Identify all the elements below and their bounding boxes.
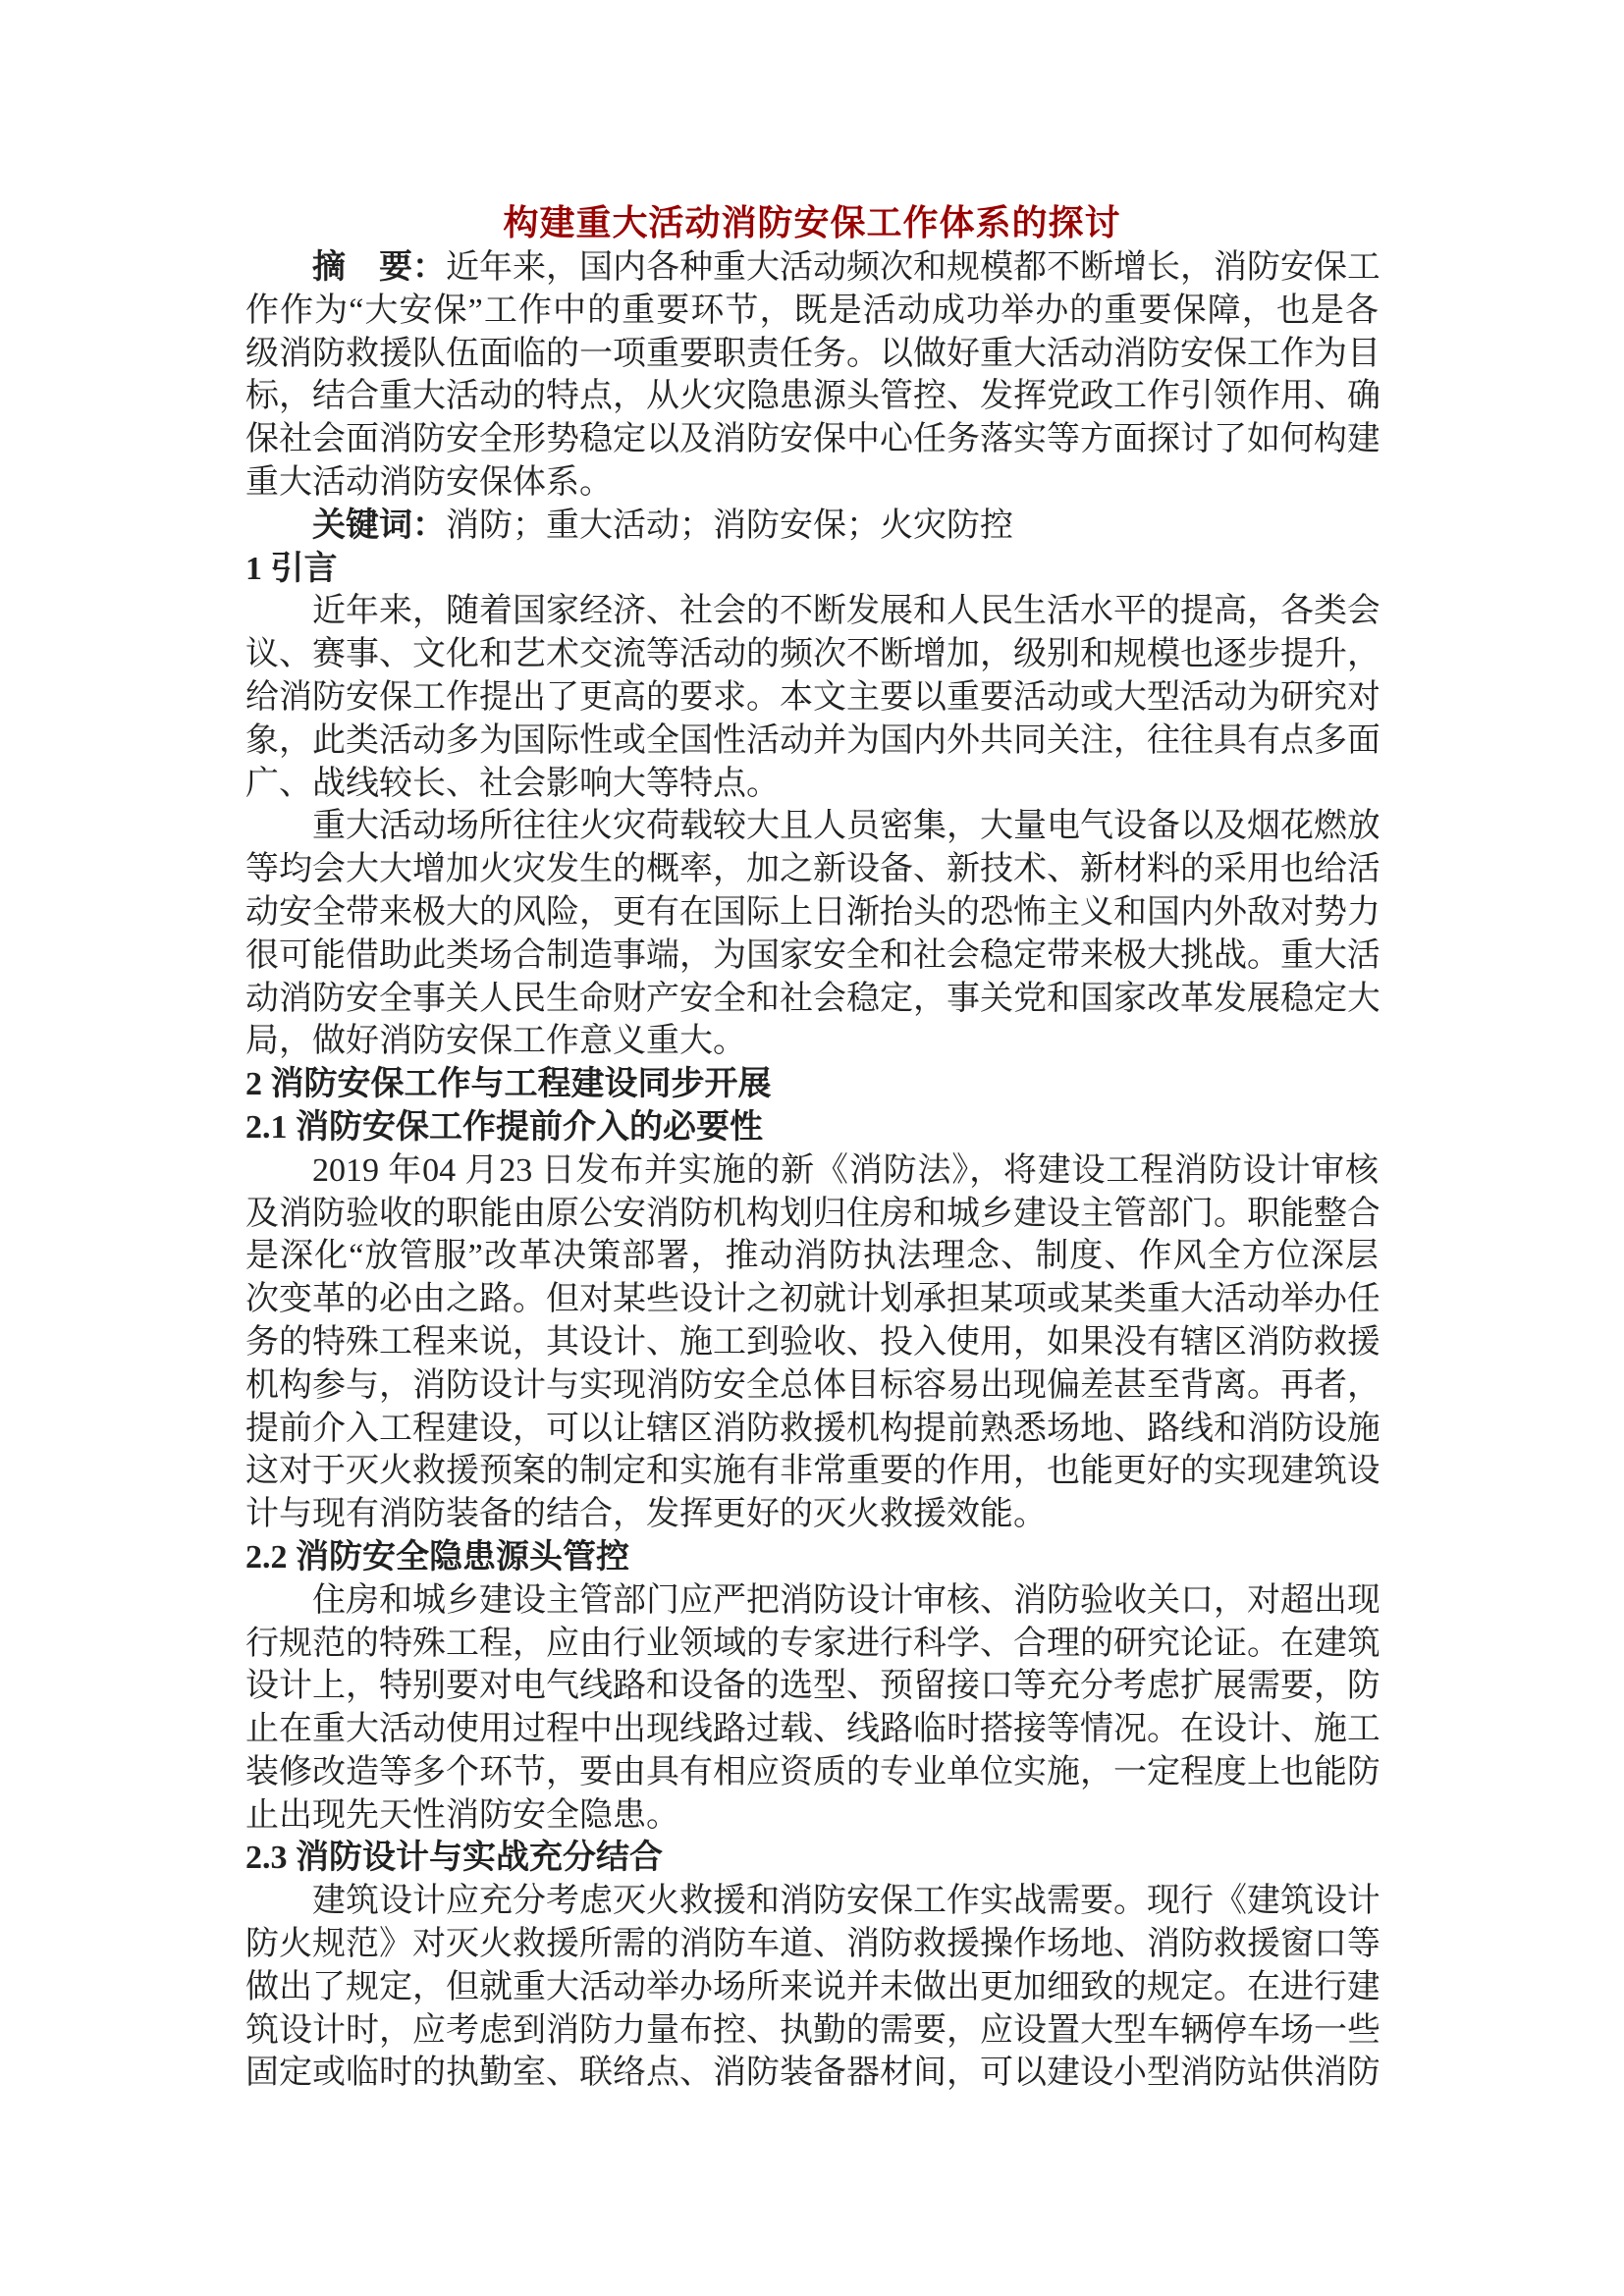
bold-lead: 摘 要： <box>312 249 446 286</box>
text-line: 2019 年04 月23 日发布并实施的新《消防法》，将建设工程消防设计审核 <box>245 1149 1379 1193</box>
heading-line: 2 消防安保工作与工程建设同步开展 <box>245 1063 1379 1106</box>
paragraph: 近年来，随着国家经济、社会的不断发展和人民生活水平的提高，各类会议、赛事、文化和… <box>245 590 1379 805</box>
heading-line: 1 引言 <box>245 548 1379 591</box>
text-line: 及消防验收的职能由原公安消防机构划归住房和城乡建设主管部门。职能整合 <box>245 1193 1379 1236</box>
text-line: 机构参与，消防设计与实现消防安全总体目标容易出现偏差甚至背离。再者， <box>245 1364 1379 1408</box>
text-line: 议、赛事、文化和艺术交流等活动的频次不断增加，级别和规模也逐步提升， <box>245 633 1379 676</box>
text-line: 摘 要：近年来，国内各种重大活动频次和规模都不断增长，消防安保工 <box>245 246 1379 290</box>
section-heading: 1 引言 <box>245 548 1379 591</box>
text-line: 防火规范》对灭火救援所需的消防车道、消防救援操作场地、消防救援窗口等 <box>245 1923 1379 1966</box>
text-line: 标，结合重大活动的特点，从火灾隐患源头管控、发挥党政工作引领作用、确 <box>245 375 1379 418</box>
heading-line: 2.1 消防安保工作提前介入的必要性 <box>245 1106 1379 1149</box>
text-line: 重大活动场所往往火灾荷载较大且人员密集，大量电气设备以及烟花燃放 <box>245 805 1379 848</box>
section-heading: 2.3 消防设计与实战充分结合 <box>245 1837 1379 1880</box>
text-line: 重大活动消防安保体系。 <box>245 461 1379 505</box>
text-line: 固定或临时的执勤室、联络点、消防装备器材间，可以建设小型消防站供消防 <box>245 2052 1379 2095</box>
text-line: 近年来，随着国家经济、社会的不断发展和人民生活水平的提高，各类会 <box>245 590 1379 633</box>
text-line: 行规范的特殊工程，应由行业领域的专家进行科学、合理的研究论证。在建筑 <box>245 1623 1379 1666</box>
text-line: 做出了规定，但就重大活动举办场所来说并未做出更加细致的规定。在进行建 <box>245 1966 1379 2009</box>
bold-lead: 关键词： <box>312 507 446 544</box>
paragraph: 住房和城乡建设主管部门应严把消防设计审核、消防验收关口，对超出现行规范的特殊工程… <box>245 1579 1379 1838</box>
text-line: 设计上，特别要对电气线路和设备的选型、预留接口等充分考虑扩展需要，防 <box>245 1665 1379 1708</box>
text-line: 象，此类活动多为国际性或全国性活动并为国内外共同关注，往往具有点多面 <box>245 720 1379 763</box>
text-line: 等均会大大增加火灾发生的概率，加之新设备、新技术、新材料的采用也给活 <box>245 848 1379 891</box>
text-line: 计与现有消防装备的结合，发挥更好的灭火救援效能。 <box>245 1493 1379 1536</box>
text-line: 务的特殊工程来说，其设计、施工到验收、投入使用，如果没有辖区消防救援 <box>245 1321 1379 1364</box>
text-line: 建筑设计应充分考虑灭火救援和消防安保工作实战需要。现行《建筑设计 <box>245 1880 1379 1923</box>
text-line: 装修改造等多个环节，要由具有相应资质的专业单位实施，一定程度上也能防 <box>245 1751 1379 1794</box>
paragraph: 关键词：消防；重大活动；消防安保；火灾防控 <box>245 505 1379 548</box>
paragraph: 重大活动场所往往火灾荷载较大且人员密集，大量电气设备以及烟花燃放等均会大大增加火… <box>245 805 1379 1063</box>
heading-line: 2.3 消防设计与实战充分结合 <box>245 1837 1379 1880</box>
text-line: 提前介入工程建设，可以让辖区消防救援机构提前熟悉场地、路线和消防设施， <box>245 1408 1379 1451</box>
document-page: 构建重大活动消防安保工作体系的探讨 摘 要：近年来，国内各种重大活动频次和规模都… <box>0 0 1624 2296</box>
text-line: 很可能借助此类场合制造事端，为国家安全和社会稳定带来极大挑战。重大活 <box>245 934 1379 978</box>
text-line: 动消防安全事关人民生命财产安全和社会稳定，事关党和国家改革发展稳定大 <box>245 978 1379 1021</box>
text-line: 次变革的必由之路。但对某些设计之初就计划承担某项或某类重大活动举办任 <box>245 1278 1379 1321</box>
paragraph: 摘 要：近年来，国内各种重大活动频次和规模都不断增长，消防安保工作作为“大安保”… <box>245 246 1379 505</box>
section-heading: 2.1 消防安保工作提前介入的必要性 <box>245 1106 1379 1149</box>
text-line: 止出现先天性消防安全隐患。 <box>245 1794 1379 1838</box>
text-line: 住房和城乡建设主管部门应严把消防设计审核、消防验收关口，对超出现 <box>245 1579 1379 1623</box>
document-title: 构建重大活动消防安保工作体系的探讨 <box>245 199 1379 246</box>
text-line: 止在重大活动使用过程中出现线路过载、线路临时搭接等情况。在设计、施工、 <box>245 1708 1379 1751</box>
heading-line: 2.2 消防安全隐患源头管控 <box>245 1536 1379 1579</box>
text-line: 是深化“放管服”改革决策部署，推动消防执法理念、制度、作风全方位深层 <box>245 1235 1379 1278</box>
text-line: 给消防安保工作提出了更高的要求。本文主要以重要活动或大型活动为研究对 <box>245 676 1379 720</box>
text-line: 关键词：消防；重大活动；消防安保；火灾防控 <box>245 505 1379 548</box>
section-heading: 2.2 消防安全隐患源头管控 <box>245 1536 1379 1579</box>
text-line: 保社会面消防安全形势稳定以及消防安保中心任务落实等方面探讨了如何构建 <box>245 418 1379 461</box>
paragraph: 建筑设计应充分考虑灭火救援和消防安保工作实战需要。现行《建筑设计防火规范》对灭火… <box>245 1880 1379 2095</box>
document-content: 摘 要：近年来，国内各种重大活动频次和规模都不断增长，消防安保工作作为“大安保”… <box>245 246 1379 2095</box>
text-line: 这对于灭火救援预案的制定和实施有非常重要的作用，也能更好的实现建筑设 <box>245 1450 1379 1493</box>
section-heading: 2 消防安保工作与工程建设同步开展 <box>245 1063 1379 1106</box>
text-line: 级消防救援队伍面临的一项重要职责任务。以做好重大活动消防安保工作为目 <box>245 333 1379 376</box>
text-line: 作作为“大安保”工作中的重要环节，既是活动成功举办的重要保障，也是各 <box>245 290 1379 333</box>
text-line: 局，做好消防安保工作意义重大。 <box>245 1020 1379 1063</box>
paragraph: 2019 年04 月23 日发布并实施的新《消防法》，将建设工程消防设计审核及消… <box>245 1149 1379 1536</box>
text-line: 筑设计时，应考虑到消防力量布控、执勤的需要，应设置大型车辆停车场一些 <box>245 2009 1379 2053</box>
text-line: 广、战线较长、社会影响大等特点。 <box>245 763 1379 806</box>
text-line: 动安全带来极大的风险，更有在国际上日渐抬头的恐怖主义和国内外敌对势力 <box>245 891 1379 934</box>
